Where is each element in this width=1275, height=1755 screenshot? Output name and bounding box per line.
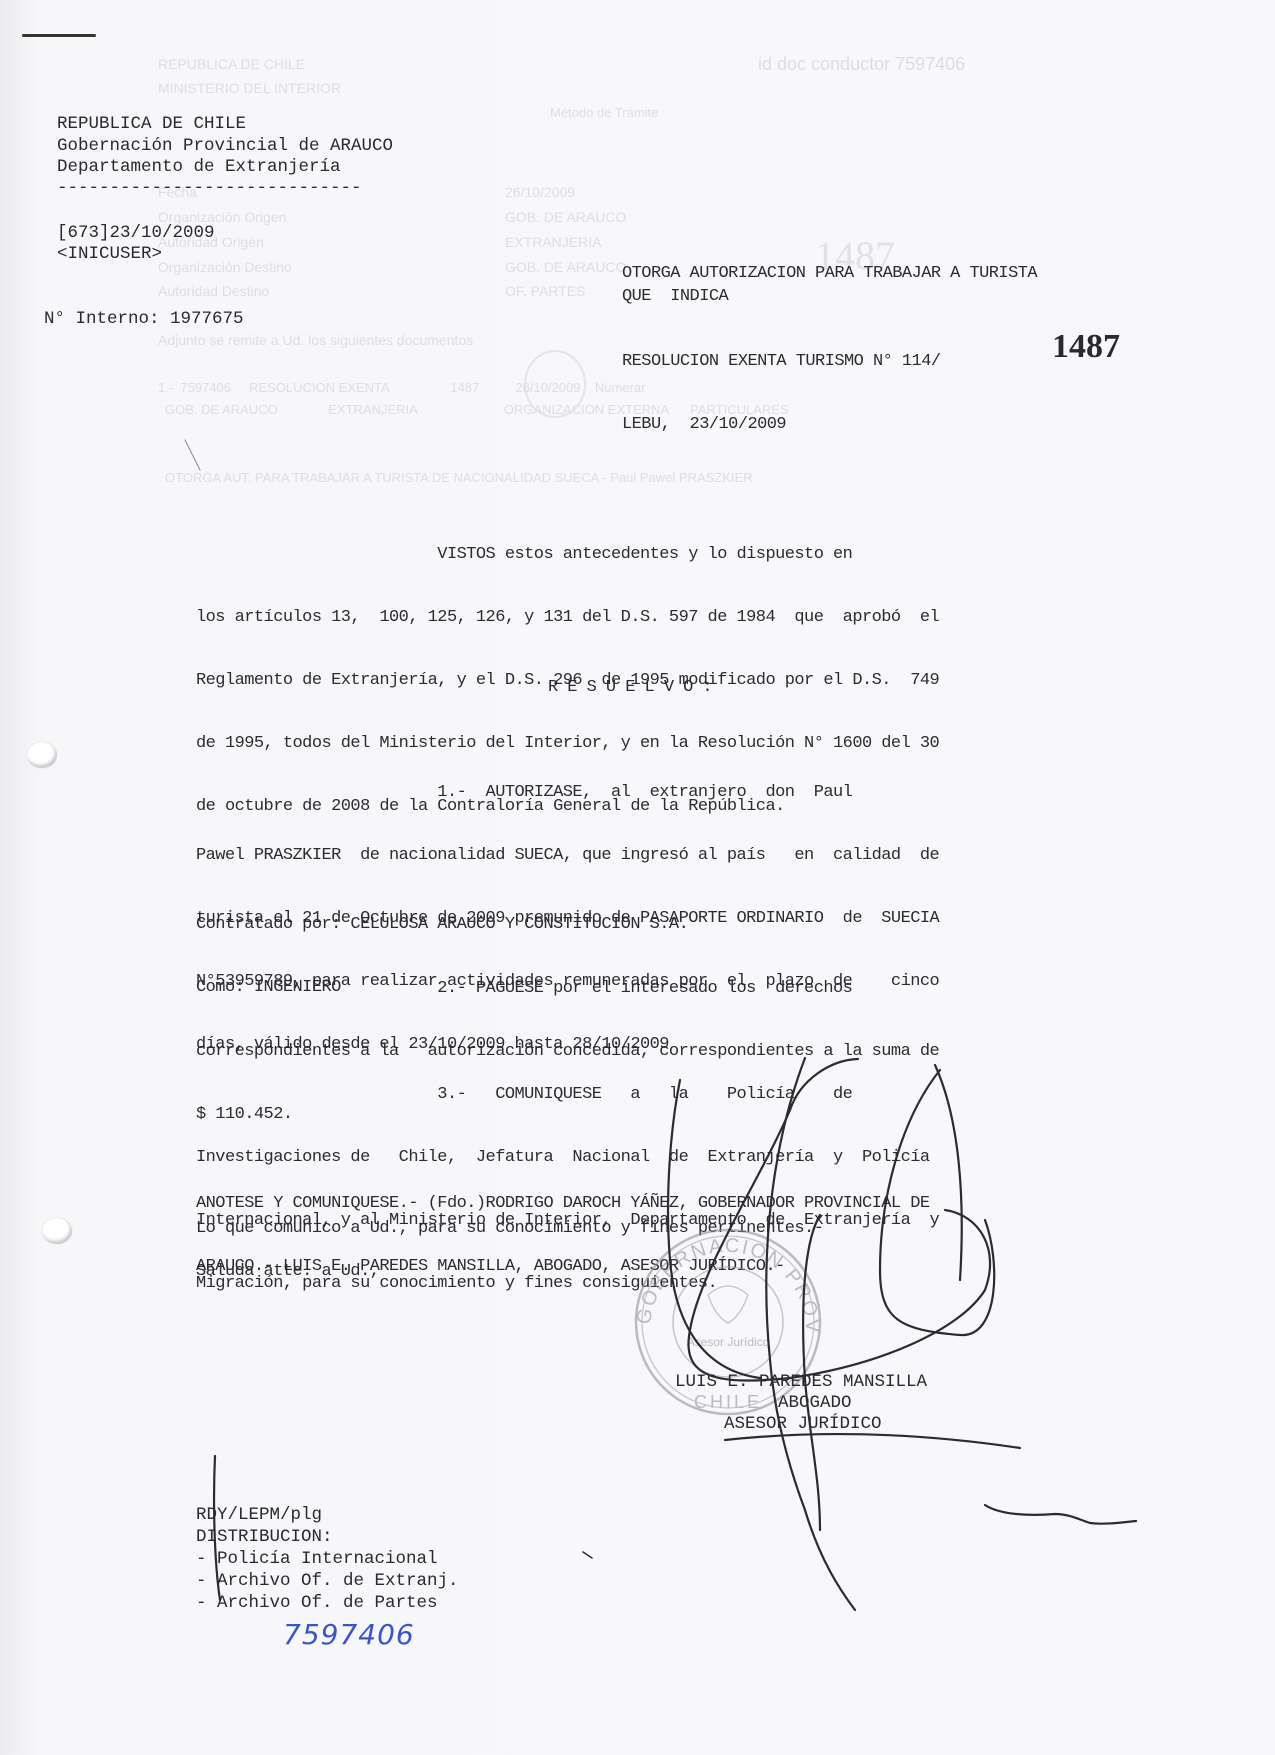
handwritten-signature	[0, 0, 1275, 1755]
document-initials: RDY/LEPM/plg	[196, 1505, 322, 1526]
distribution-item: - Archivo Of. de Partes	[196, 1593, 438, 1614]
scanned-document-page: REPUBLICA DE CHILE MINISTERIO DEL INTERI…	[0, 0, 1275, 1755]
distribution-title: DISTRIBUCION:	[196, 1527, 333, 1548]
distribution-item: - Archivo Of. de Extranj.	[196, 1571, 459, 1592]
handwritten-doc-number: 7597406	[283, 1618, 415, 1651]
distribution-item: - Policía Internacional	[196, 1549, 438, 1570]
